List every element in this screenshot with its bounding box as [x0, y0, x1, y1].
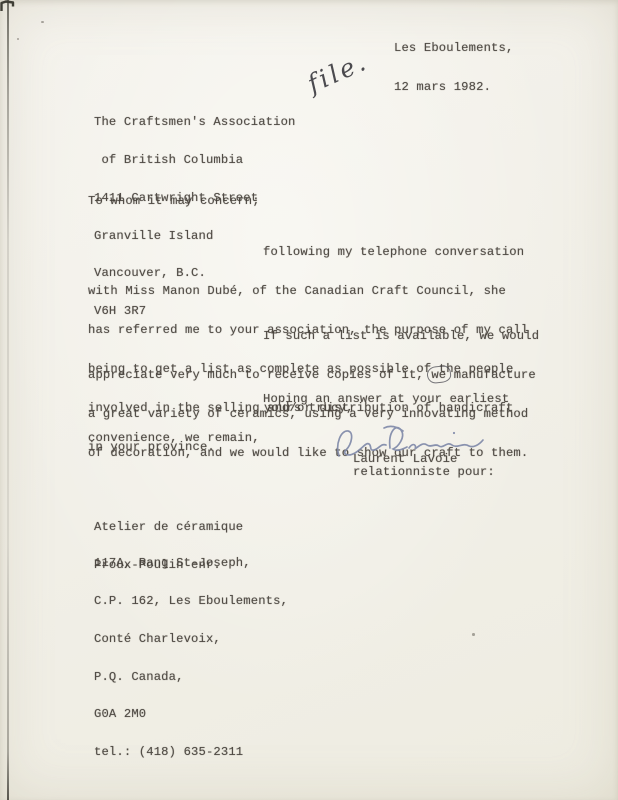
- sender-address-line: C.P. 162, Les Eboulements,: [94, 595, 288, 608]
- sender-address: 117A, Rang St-Joseph, C.P. 162, Les Ebou…: [94, 532, 288, 784]
- dateline: Les Eboulements, 12 mars 1982.: [394, 16, 513, 120]
- handwritten-file-annotation: file.: [303, 46, 372, 98]
- paper-speck: [17, 38, 19, 40]
- paper-speck: [41, 21, 44, 23]
- signature-title: relationniste pour:: [353, 466, 495, 479]
- sender-address-line: Conté Charlevoix,: [94, 633, 288, 646]
- sender-address-line: tel.: (418) 635-2311: [94, 746, 288, 759]
- closing: yours trucy,: [264, 402, 354, 415]
- recipient-line: of British Columbia: [94, 154, 296, 167]
- paragraph-line: If such a list is available, we would: [88, 330, 539, 343]
- sender-address-line: 117A, Rang St-Joseph,: [94, 557, 288, 570]
- paper-speck: [472, 633, 475, 636]
- paragraph-line: with Miss Manon Dubé, of the Canadian Cr…: [88, 285, 528, 298]
- paper-edge-line: [7, 0, 9, 800]
- sender-address-line: G0A 2M0: [94, 708, 288, 721]
- dateline-place: Les Eboulements,: [394, 42, 513, 55]
- sender-address-line: P.Q. Canada,: [94, 671, 288, 684]
- scanned-letter-page: Les Eboulements, 12 mars 1982. file. The…: [0, 0, 618, 800]
- staple-mark-icon: [0, 0, 18, 12]
- recipient-line: The Craftsmen's Association: [94, 116, 296, 129]
- salutation: To whom it may concern;: [88, 195, 260, 208]
- paragraph-line: following my telephone conversation: [88, 246, 528, 259]
- dateline-date: 12 mars 1982.: [394, 81, 513, 94]
